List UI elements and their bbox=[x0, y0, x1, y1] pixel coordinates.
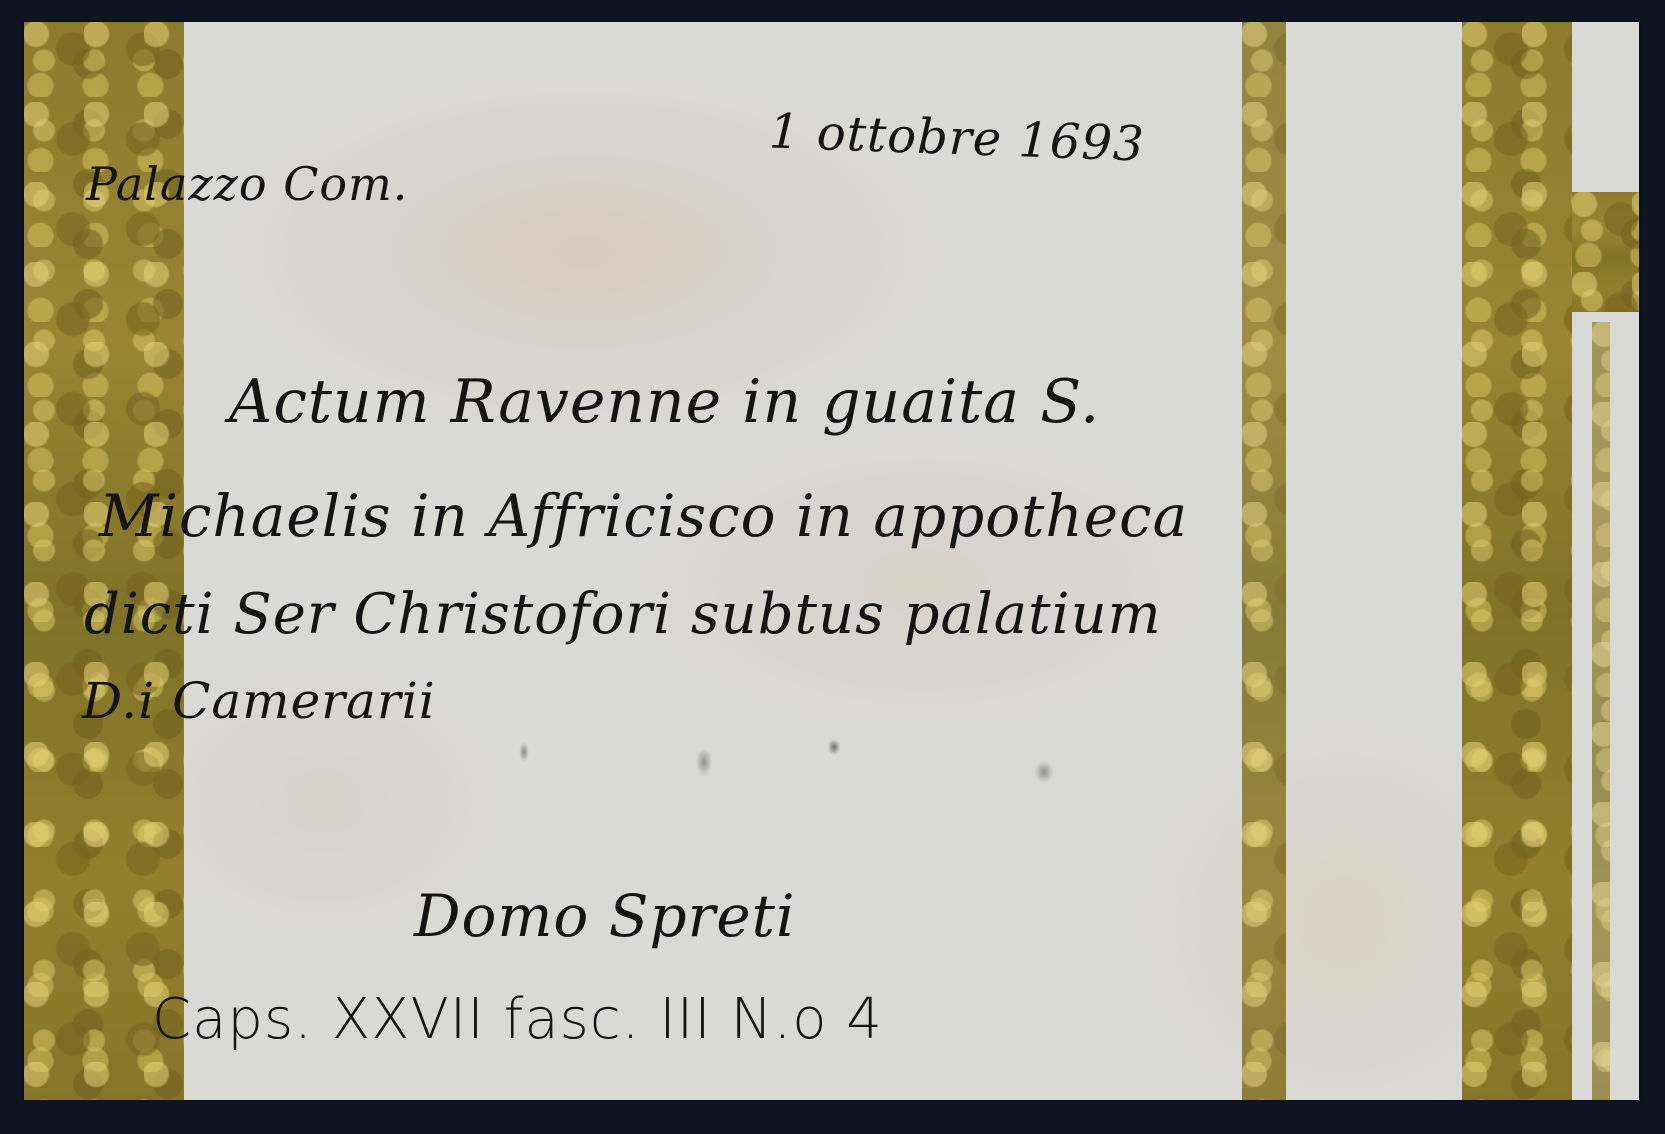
mold-stain-strip-far-right bbox=[1592, 322, 1610, 1100]
faded-ink-marks bbox=[504, 732, 1084, 792]
mold-stain-band-middle bbox=[1242, 22, 1286, 1100]
body-line-1: Actum Ravenne in guaita S. bbox=[229, 367, 1100, 437]
mold-stain-patch-right-top bbox=[1572, 192, 1639, 312]
body-line-4: D.i Camerarii bbox=[82, 672, 436, 730]
archival-card: 1 ottobre 1693 Palazzo Com. Actum Ravenn… bbox=[24, 22, 1639, 1100]
mold-stain-band-right bbox=[1462, 22, 1572, 1100]
signature: Domo Spreti bbox=[414, 882, 796, 950]
document-date: 1 ottobre 1693 bbox=[768, 103, 1145, 172]
document-place: Palazzo Com. bbox=[86, 157, 408, 211]
body-line-3: dicti Ser Christofori subtus palatium bbox=[84, 582, 1162, 647]
body-line-2: Michaelis in Affricisco in appotheca bbox=[99, 482, 1188, 550]
archive-reference: Caps. XXVII fasc. III N.o 4 bbox=[152, 987, 883, 1052]
